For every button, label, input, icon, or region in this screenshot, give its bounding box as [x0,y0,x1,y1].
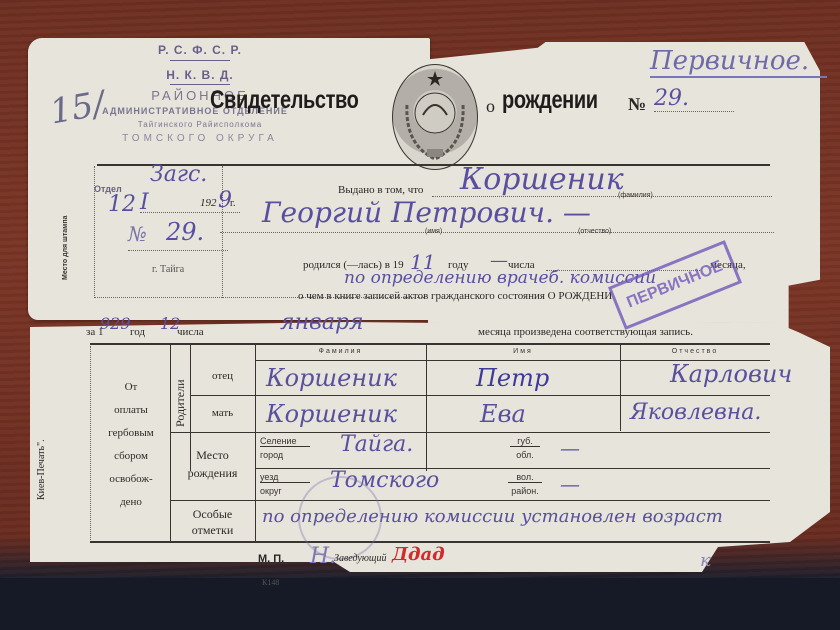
exempt-line: сбором [92,445,170,468]
record-day-label: числа [177,326,204,338]
special-notes-label-line: Особые [170,506,255,522]
mother-role: мать [190,407,255,421]
record-year-hand: 929 [100,314,131,333]
name-dotline [220,232,774,233]
father-role: отец [190,370,255,384]
table-bottom-rule [90,541,770,543]
city-label: город [260,450,283,460]
record-month-hand: января [280,310,364,335]
obl-label: обл. [510,450,540,460]
stamp-date-year-printed: 192 [200,197,217,209]
special-notes-label: Особые отметки [170,506,255,538]
number-label: № [628,94,646,115]
stamp-number-value: 29. [166,218,204,246]
stamp-rsfsr: Р. С. Ф. С. Р. [130,43,270,57]
table-col-divider [620,345,621,431]
stamp-raiispolkom: Тайгинского Райисполкома [100,120,300,129]
father-surname: Коршеник [266,364,397,392]
print-code: К148 [262,578,279,587]
father-patronymic: Карлович [670,360,792,388]
birthplace-label-line: рождения [170,464,255,482]
exempt-line: дено [92,491,170,514]
stamp-city: г. Тайга [152,264,184,275]
mother-surname: Коршеник [266,400,397,428]
uezd-label: уезд [260,472,310,483]
stamp-place-label: Место для штампа [62,180,74,280]
stamp-number-prefix: № [128,222,147,246]
certificate-title-o: о [486,96,495,117]
gub-value: — [560,436,580,460]
stamp-divider [170,84,230,85]
exempt-text: От оплаты гербовым сбором освобож- дено [92,376,170,514]
table-row-rule [170,500,770,501]
mother-patronymic: Яковлевна. [630,400,761,425]
bottom-mark: к [700,550,711,571]
primary-note: Первичное. [650,46,827,78]
birth-settlement-value: Тайга. [340,432,413,457]
gub-label: губ. [510,436,540,447]
zags-handwritten: Загс. [150,162,207,187]
record-year-label: год [130,326,145,338]
stamp-divider [170,60,230,61]
child-surname: Коршеник [460,162,624,197]
birth-note-hand: по определению врачеб. комиссии [344,268,656,288]
header-patronymic: Отчество [620,348,770,355]
stamp-date-day: 12 [108,192,136,217]
stamp-number-dotline [128,250,228,251]
exempt-line: От [92,376,170,399]
table-row-rule [190,395,770,396]
record-line: о чем в книге записей актов гражданского… [298,290,612,302]
surname-caption: (фамилия) [618,192,653,199]
ussr-emblem-icon [392,64,478,170]
rayon-label: район. [508,486,542,496]
certificate-title-left: Свидетельство [210,86,358,115]
stamp-nkvd: Н. К. В. Д. [130,68,270,82]
seal-place-label: М. П. [258,553,284,565]
signature-red: Ддад [392,544,445,565]
exempt-line: оплаты [92,399,170,422]
certificate-title-right: рождении [502,86,598,115]
signature-blue: Н. [310,544,336,569]
dark-cloth-background [0,578,840,630]
child-name-patronymic: Георгий Петрович. — [262,196,591,229]
table-top-rule [90,343,770,345]
certificate-number-value: 29. [654,86,734,112]
okrug-label: округ [260,486,282,496]
patronymic-caption: (отчество) [578,228,611,235]
stamp-okrug: ТОМСКОГО ОКРУГА [95,133,305,144]
parents-label: Родители [173,397,189,427]
header-surname: Фамилия [255,348,426,355]
issued-label: Выдано в том, что [338,184,423,196]
father-name: Петр [476,364,549,392]
table-col-divider [255,345,256,541]
mother-name: Ева [480,400,526,428]
table-col-divider [426,345,427,471]
printer-label: Киев-Печать". [36,420,47,500]
record-suffix: месяца произведена соответствующая запис… [478,326,693,338]
special-notes-label-line: отметки [170,522,255,538]
vol-label: вол. [508,472,542,483]
vol-value: — [560,472,580,496]
header-name: Имя [426,348,620,355]
table-row-rule [170,432,770,433]
name-caption: (имя) [425,228,442,235]
birthplace-label: Место рождения [170,446,255,482]
exempt-line: освобож- [92,468,170,491]
stamp-date-year-suffix: г. [230,198,235,209]
head-label: Заведующий [334,553,386,564]
settlement-label: Селение [260,436,310,447]
birthplace-label-line: Место [170,446,255,464]
exempt-line: гербовым [92,422,170,445]
